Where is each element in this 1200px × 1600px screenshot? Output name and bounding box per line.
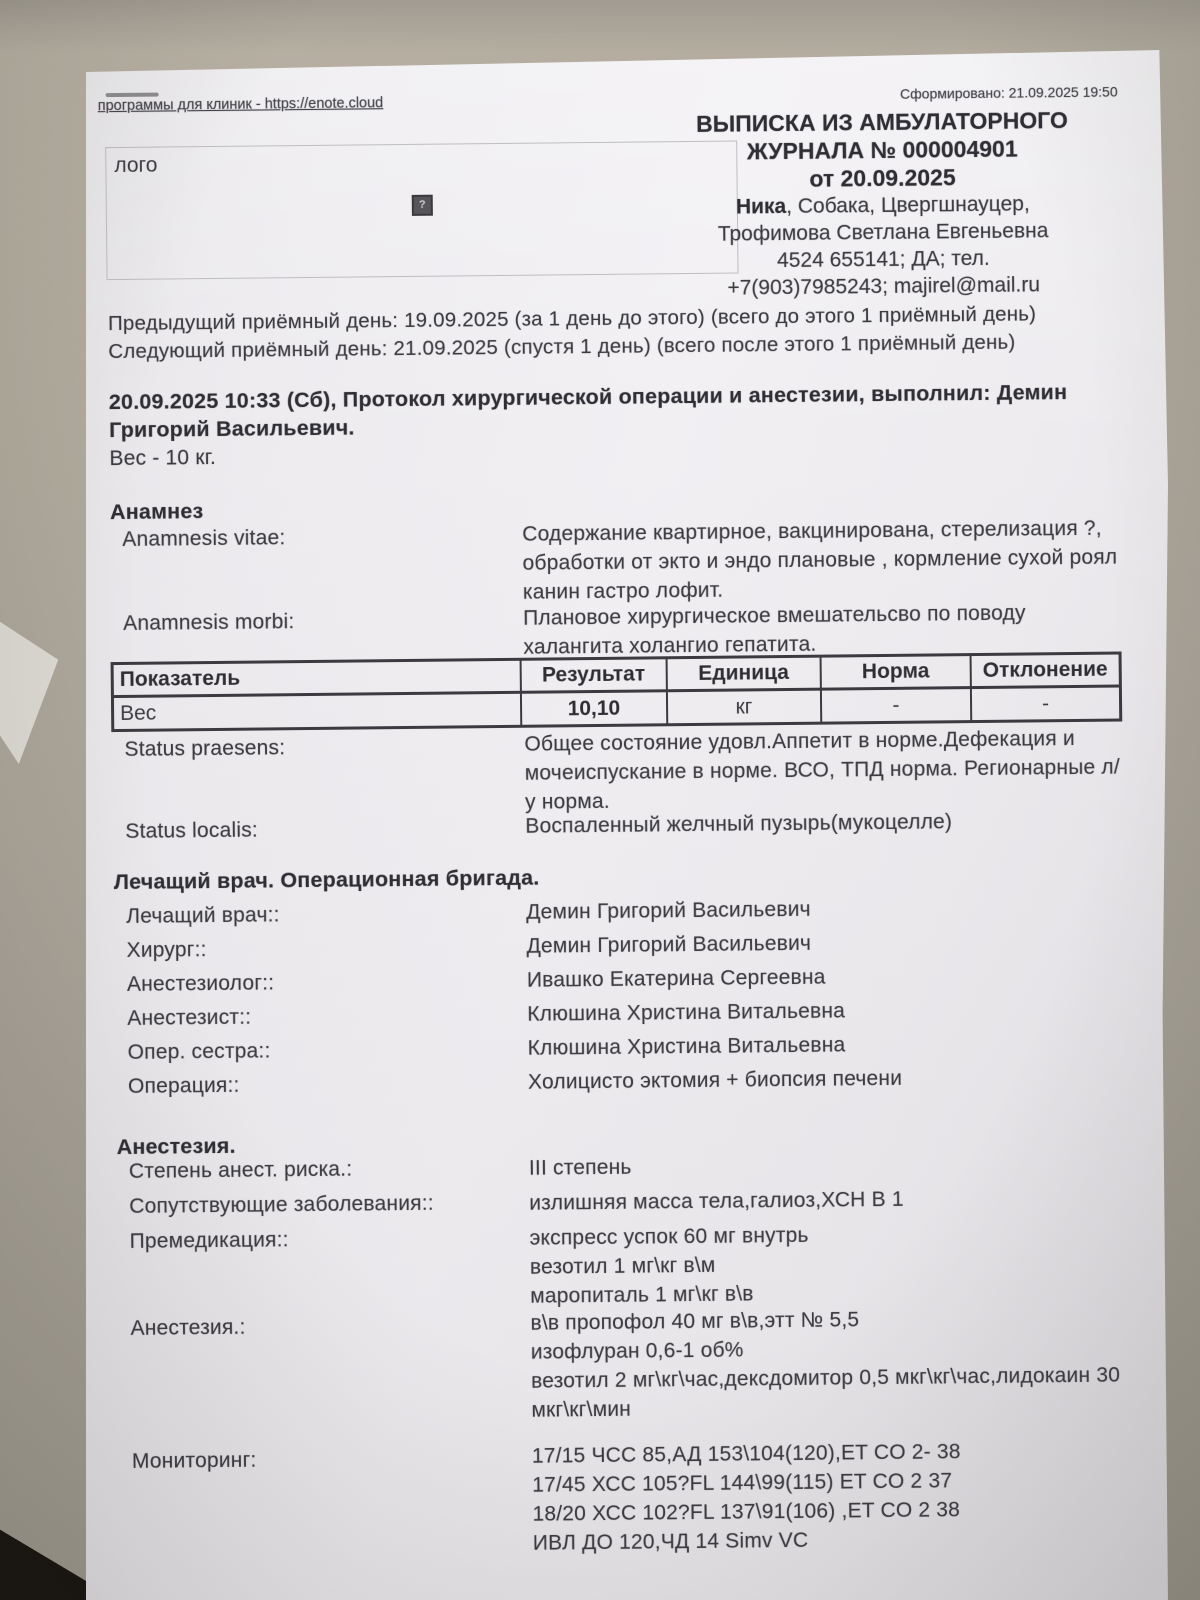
monitoring-value: 17/15 ЧСС 85,АД 153\104(120),ET CO 2- 38…	[532, 1435, 1143, 1557]
risk-grade-value: III степень	[529, 1147, 1139, 1182]
operating-nurse-value: Клюшина Христина Витальевна	[528, 1030, 1138, 1060]
status-praesens-value: Общее состояние удовл.Аппетит в норме.Де…	[524, 723, 1135, 816]
comorbidities-label: Сопутствующие заболевания::	[129, 1192, 434, 1219]
col-header-indicator: Показатель	[113, 660, 521, 697]
header-dash	[106, 93, 159, 98]
anamnesis-heading: Анамнез	[110, 499, 204, 525]
next-visit-line: Следующий приёмный день: 21.09.2025 (спу…	[108, 331, 1015, 364]
document-content: программы для клиник - https://enote.clo…	[85, 39, 1183, 1600]
status-localis-line: Воспаленный желчный пузырь(мукоцелле)	[525, 805, 1135, 840]
anesthesia-drugs-line: мкг\кг\мин	[531, 1389, 1141, 1424]
monitoring-line: ИВЛ ДО 120,ЧД 14 Simv VC	[533, 1522, 1143, 1557]
risk-grade-label: Степень анест. риска.:	[129, 1158, 353, 1184]
attending-doctor-label: Лечащий врач::	[126, 903, 280, 929]
anamnesis-morbi-label: Anamnesis morbi:	[123, 610, 295, 636]
indicators-table: Показатель Результат Единица Норма Откло…	[111, 651, 1123, 732]
document-title-line-1: ВЫПИСКА ИЗ АМБУЛАТОРНОГО	[631, 105, 1133, 138]
anesthesiologist-value: Ивашко Екатерина Сергеевна	[527, 962, 1137, 992]
weight-line: Вес - 10 кг.	[109, 446, 216, 471]
under-sheet-corner	[0, 606, 94, 764]
anesthesiologist-label: Анестезиолог::	[127, 971, 275, 997]
surgeon-value: Демин Григорий Васильевич	[526, 928, 1136, 958]
status-localis-value: Воспаленный желчный пузырь(мукоцелле)	[525, 805, 1135, 840]
protocol-heading-line-1: 20.09.2025 10:33 (Сб), Протокол хирургич…	[109, 380, 1068, 415]
comorbidities-line: излишняя масса тела,галиоз,ХСН В 1	[529, 1182, 1139, 1217]
cell-norm: -	[821, 688, 971, 723]
premedication-value: экспресс успок 60 мг внутрь везотил 1 мг…	[529, 1217, 1140, 1310]
paper-sheet: программы для клиник - https://enote.clo…	[86, 50, 1168, 1600]
col-header-result: Результат	[520, 658, 666, 693]
status-localis-label: Status localis:	[125, 819, 258, 844]
comorbidities-value: излишняя масса тела,галиоз,ХСН В 1	[529, 1182, 1139, 1217]
operation-value: Холицисто эктомия + биопсия печени	[528, 1064, 1138, 1094]
broken-image-icon: ?	[412, 195, 433, 216]
risk-grade-line: III степень	[529, 1147, 1139, 1182]
operating-nurse-label: Опер. сестра::	[128, 1039, 271, 1064]
anesthetist-value: Клюшина Христина Витальевна	[527, 996, 1137, 1026]
anesthesia-drugs-value: в\в пропофол 40 мг в\в,этт № 5,5 изофлур…	[530, 1302, 1141, 1424]
anesthesia-drugs-label: Анестезия.:	[130, 1316, 245, 1341]
monitoring-label: Мониторинг:	[132, 1449, 257, 1474]
protocol-heading-line-2: Григорий Васильевич.	[109, 416, 355, 444]
contact-line: +7(903)7985243; majirel@mail.ru	[633, 270, 1135, 302]
premedication-label: Премедикация::	[130, 1228, 289, 1254]
printed-link: программы для клиник - https://enote.clo…	[98, 95, 384, 114]
operation-label: Операция::	[128, 1074, 240, 1099]
col-header-deviation: Отклонение	[970, 654, 1119, 689]
generated-timestamp: Сформировано: 21.09.2025 19:50	[646, 84, 1118, 105]
anamnesis-vitae-value: Содержание квартирное, вакцинирована, ст…	[522, 513, 1133, 606]
document-header-block: ВЫПИСКА ИЗ АМБУЛАТОРНОГО ЖУРНАЛА № 00000…	[631, 105, 1135, 302]
anesthetist-label: Анестезист::	[127, 1006, 251, 1031]
col-header-norm: Норма	[820, 655, 970, 690]
cell-deviation: -	[971, 687, 1120, 722]
pet-name: Ника	[736, 195, 787, 219]
cell-result: 10,10	[521, 691, 667, 726]
desk-background	[0, 0, 1200, 58]
pet-info-rest: , Собака, Цвергшнауцер,	[786, 192, 1030, 218]
attending-doctor-value: Демин Григорий Васильевич	[526, 894, 1136, 924]
cell-indicator: Вес	[113, 693, 521, 730]
team-heading: Лечащий врач. Операционная бригада.	[114, 866, 540, 895]
col-header-unit: Единица	[666, 657, 820, 692]
logo-label: лого	[114, 154, 157, 178]
anesthesia-heading: Анестезия.	[117, 1134, 236, 1160]
cell-unit: кг	[667, 690, 821, 725]
anamnesis-vitae-label: Anamnesis vitae:	[122, 526, 285, 552]
surgeon-label: Хирург::	[126, 938, 206, 963]
status-praesens-label: Status praesens:	[124, 736, 285, 762]
